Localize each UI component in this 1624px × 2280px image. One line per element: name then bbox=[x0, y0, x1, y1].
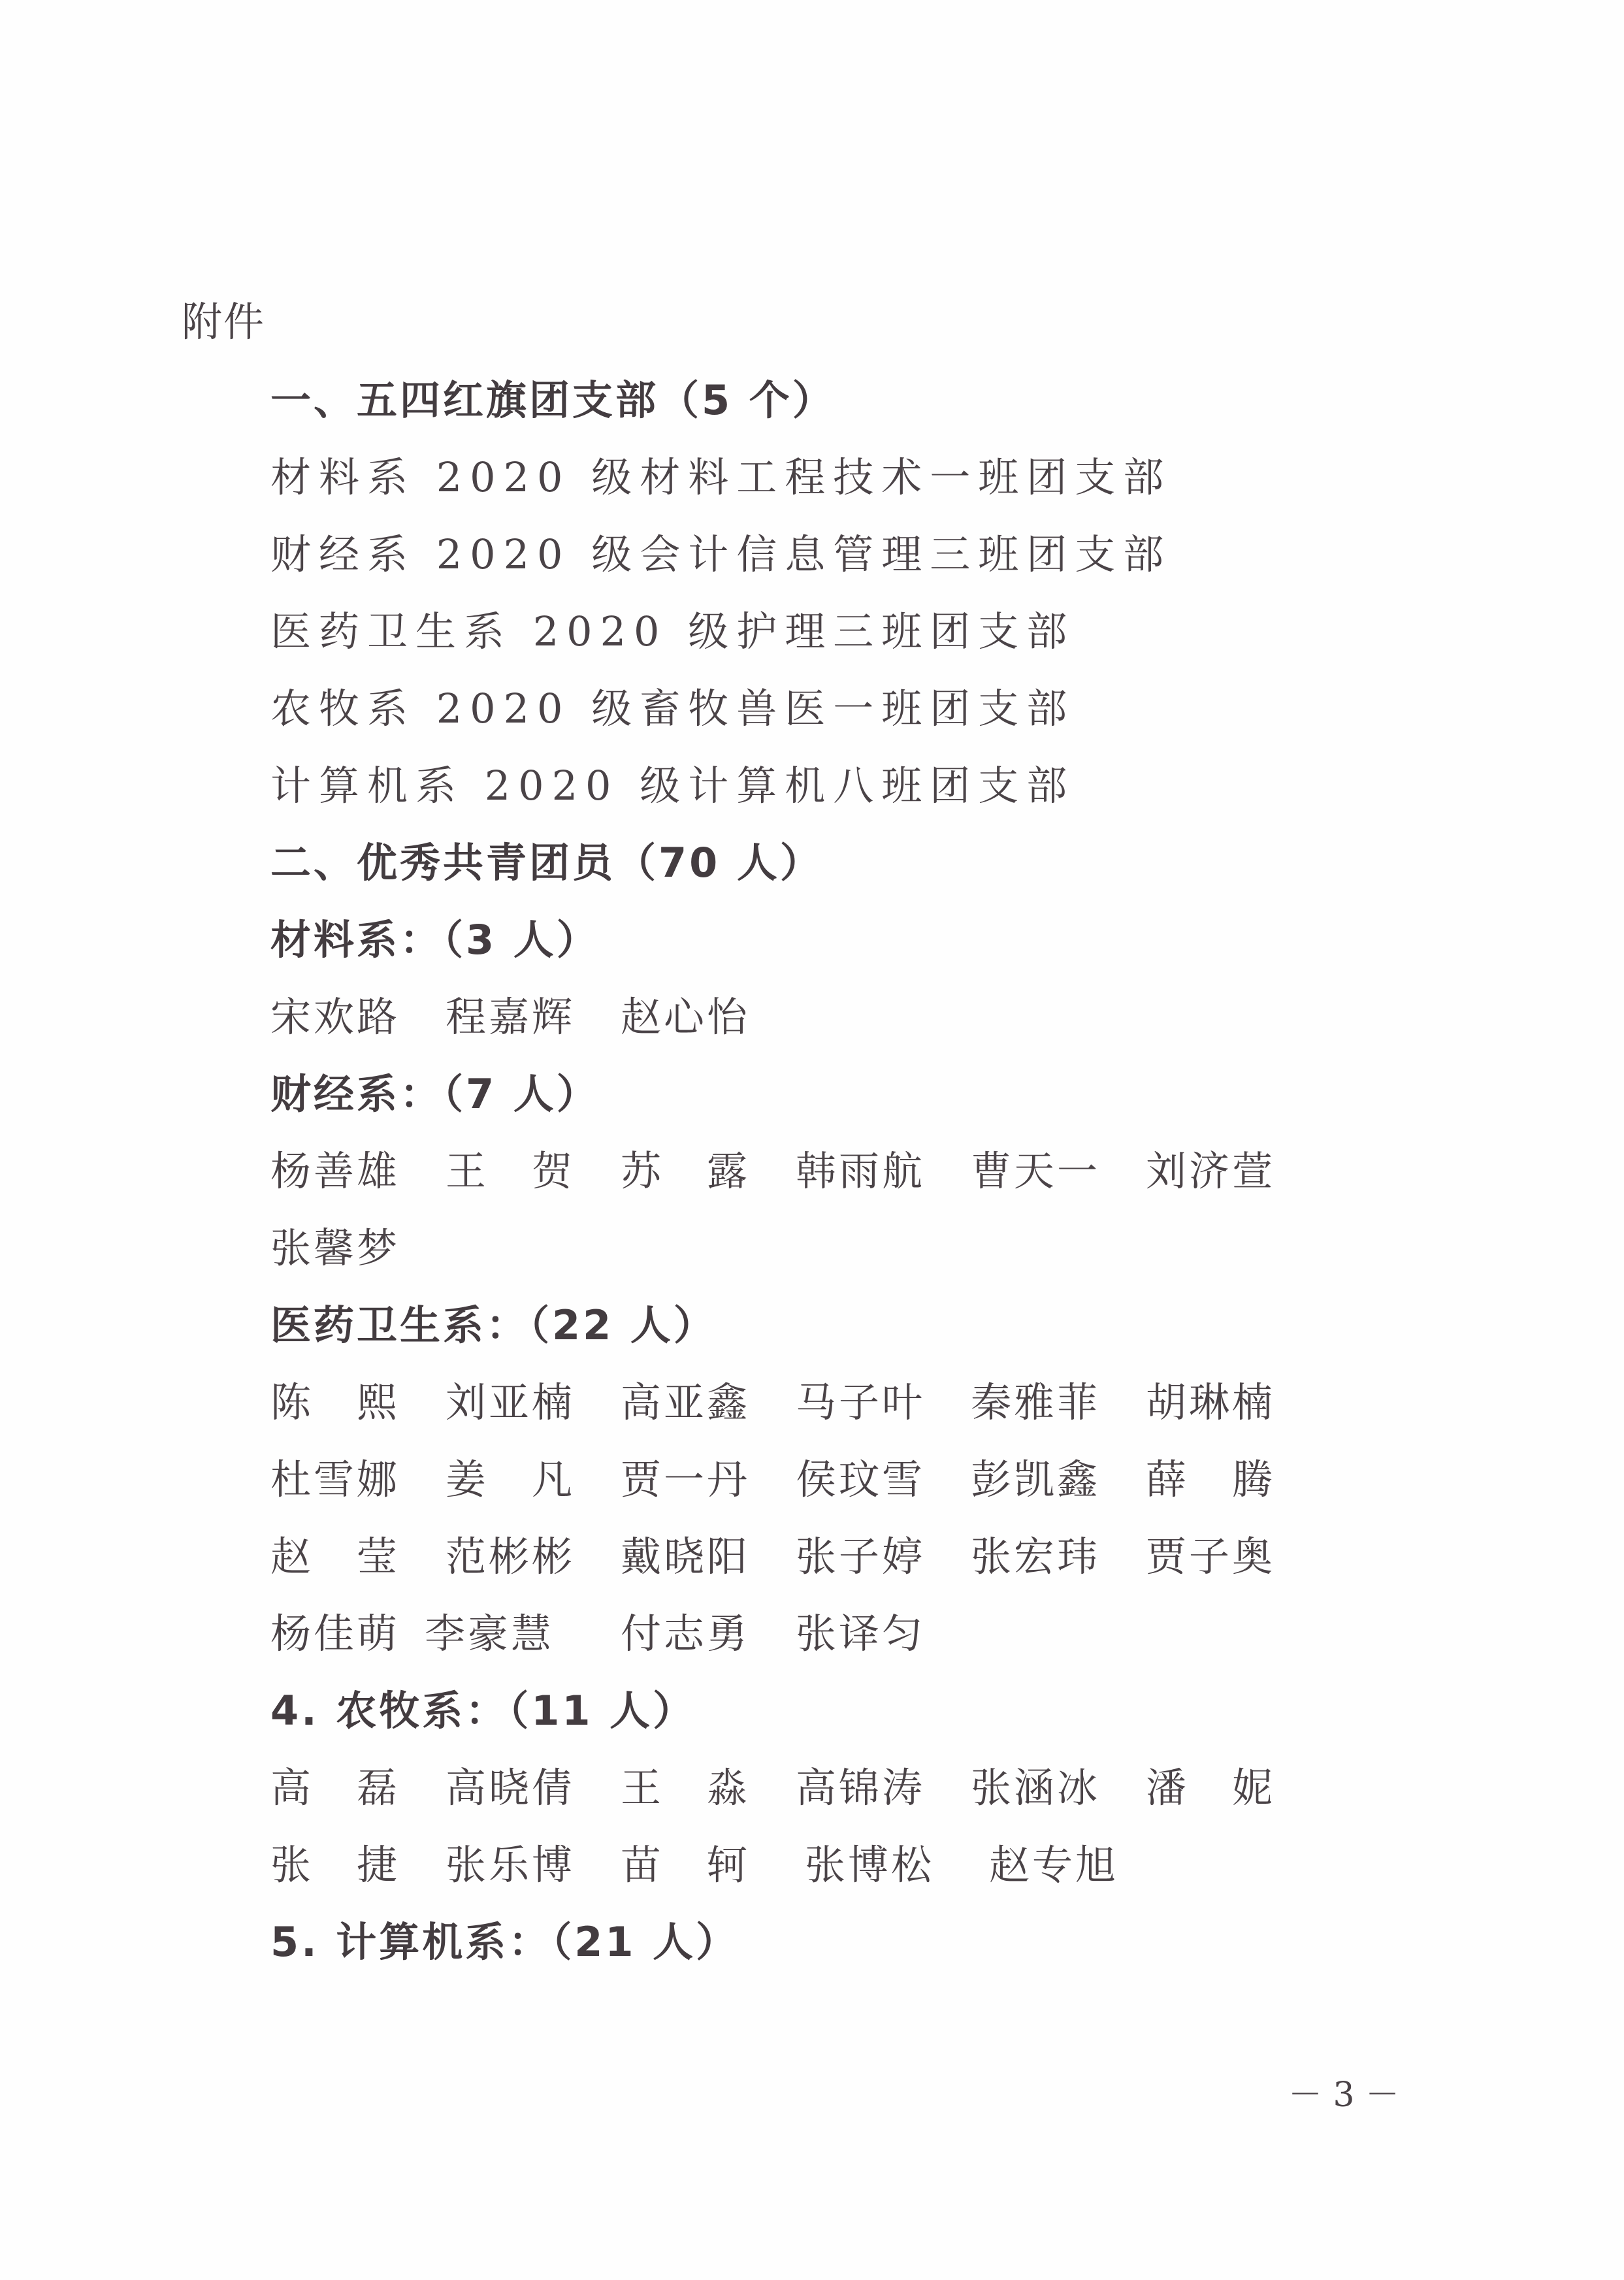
member-name: 刘亚楠 bbox=[446, 1373, 621, 1432]
member-name: 张子婷 bbox=[796, 1527, 971, 1586]
branch-item: 财经系 2020 级会计信息管理三班团支部 bbox=[270, 525, 1171, 584]
branch-item: 农牧系 2020 级畜牧兽医一班团支部 bbox=[270, 679, 1075, 738]
member-name: 高 磊 bbox=[270, 1759, 446, 1817]
name-row: 陈 熙 刘亚楠 高亚鑫 马子叶 秦雅菲 胡琳楠 bbox=[270, 1373, 1321, 1432]
document-page: 附件 一、五四红旗团支部（5 个） 材料系 2020 级材料工程技术一班团支部 … bbox=[0, 0, 1624, 2280]
page-number: － 3 － bbox=[1288, 2072, 1399, 2118]
member-name: 秦雅菲 bbox=[971, 1373, 1146, 1432]
member-name: 张乐博 bbox=[446, 1836, 621, 1895]
member-name: 潘 妮 bbox=[1146, 1759, 1321, 1817]
member-name: 张宏玮 bbox=[971, 1527, 1146, 1586]
member-name: 彭凯鑫 bbox=[971, 1450, 1146, 1509]
member-name: 王 淼 bbox=[621, 1759, 796, 1817]
member-name: 姜 凡 bbox=[446, 1450, 621, 1509]
member-name: 赵专旭 bbox=[989, 1836, 1164, 1895]
member-name: 马子叶 bbox=[796, 1373, 971, 1432]
branch-item: 医药卫生系 2020 级护理三班团支部 bbox=[270, 602, 1075, 661]
member-name: 苗 轲 bbox=[621, 1836, 805, 1895]
member-name: 高晓倩 bbox=[446, 1759, 621, 1817]
department-heading: 财经系：（7 人） bbox=[270, 1065, 600, 1124]
member-name: 杜雪娜 bbox=[270, 1450, 446, 1509]
department-heading: 5. 计算机系：（21 人） bbox=[270, 1913, 739, 1972]
member-name: 薛 腾 bbox=[1146, 1450, 1321, 1509]
member-name: 张馨梦 bbox=[270, 1219, 446, 1278]
member-name: 张译匀 bbox=[796, 1604, 971, 1663]
member-name: 高锦涛 bbox=[796, 1759, 971, 1817]
name-row: 宋欢路 程嘉辉 赵心怡 bbox=[270, 988, 796, 1047]
name-row: 杨佳萌 李豪慧 付志勇 张译匀 bbox=[270, 1604, 971, 1663]
member-name: 杨佳萌 bbox=[270, 1604, 425, 1663]
department-heading: 医药卫生系：（22 人） bbox=[270, 1296, 717, 1355]
member-name: 戴晓阳 bbox=[621, 1527, 796, 1586]
branch-item: 计算机系 2020 级计算机八班团支部 bbox=[270, 757, 1075, 815]
member-name: 王 贺 bbox=[446, 1142, 621, 1201]
name-row: 杜雪娜 姜 凡 贾一丹 侯玟雪 彭凯鑫 薛 腾 bbox=[270, 1450, 1321, 1509]
section-heading-red-flag-branches: 一、五四红旗团支部（5 个） bbox=[270, 371, 836, 430]
member-name: 韩雨航 bbox=[796, 1142, 971, 1201]
member-name: 陈 熙 bbox=[270, 1373, 446, 1432]
department-heading: 4. 农牧系：（11 人） bbox=[270, 1682, 696, 1740]
department-heading: 材料系：（3 人） bbox=[270, 911, 600, 969]
branch-item: 材料系 2020 级材料工程技术一班团支部 bbox=[270, 448, 1171, 507]
member-name: 曹天一 bbox=[971, 1142, 1146, 1201]
member-name: 张博松 bbox=[805, 1836, 989, 1895]
name-row: 张馨梦 bbox=[270, 1219, 446, 1278]
section-heading-outstanding-members: 二、优秀共青团员（70 人） bbox=[270, 834, 823, 892]
name-row: 赵 莹 范彬彬 戴晓阳 张子婷 张宏玮 贾子奥 bbox=[270, 1527, 1321, 1586]
member-name: 范彬彬 bbox=[446, 1527, 621, 1586]
member-name: 贾一丹 bbox=[621, 1450, 796, 1509]
name-row: 张 捷 张乐博 苗 轲 张博松 赵专旭 bbox=[270, 1836, 1164, 1895]
member-name: 侯玟雪 bbox=[796, 1450, 971, 1509]
member-name: 赵 莹 bbox=[270, 1527, 446, 1586]
attachment-label: 附件 bbox=[182, 293, 265, 351]
member-name: 付志勇 bbox=[621, 1604, 796, 1663]
member-name: 刘济萱 bbox=[1146, 1142, 1321, 1201]
member-name: 张涵冰 bbox=[971, 1759, 1146, 1817]
member-name: 高亚鑫 bbox=[621, 1373, 796, 1432]
member-name: 赵心怡 bbox=[621, 988, 796, 1047]
member-name: 程嘉辉 bbox=[446, 988, 621, 1047]
name-row: 杨善雄 王 贺 苏 露 韩雨航 曹天一 刘济萱 bbox=[270, 1142, 1321, 1201]
member-name: 杨善雄 bbox=[270, 1142, 446, 1201]
member-name: 胡琳楠 bbox=[1146, 1373, 1321, 1432]
member-name: 贾子奥 bbox=[1146, 1527, 1321, 1586]
member-name: 苏 露 bbox=[621, 1142, 796, 1201]
member-name: 张 捷 bbox=[270, 1836, 446, 1895]
member-name: 宋欢路 bbox=[270, 988, 446, 1047]
member-name: 李豪慧 bbox=[425, 1604, 621, 1663]
name-row: 高 磊 高晓倩 王 淼 高锦涛 张涵冰 潘 妮 bbox=[270, 1759, 1321, 1817]
